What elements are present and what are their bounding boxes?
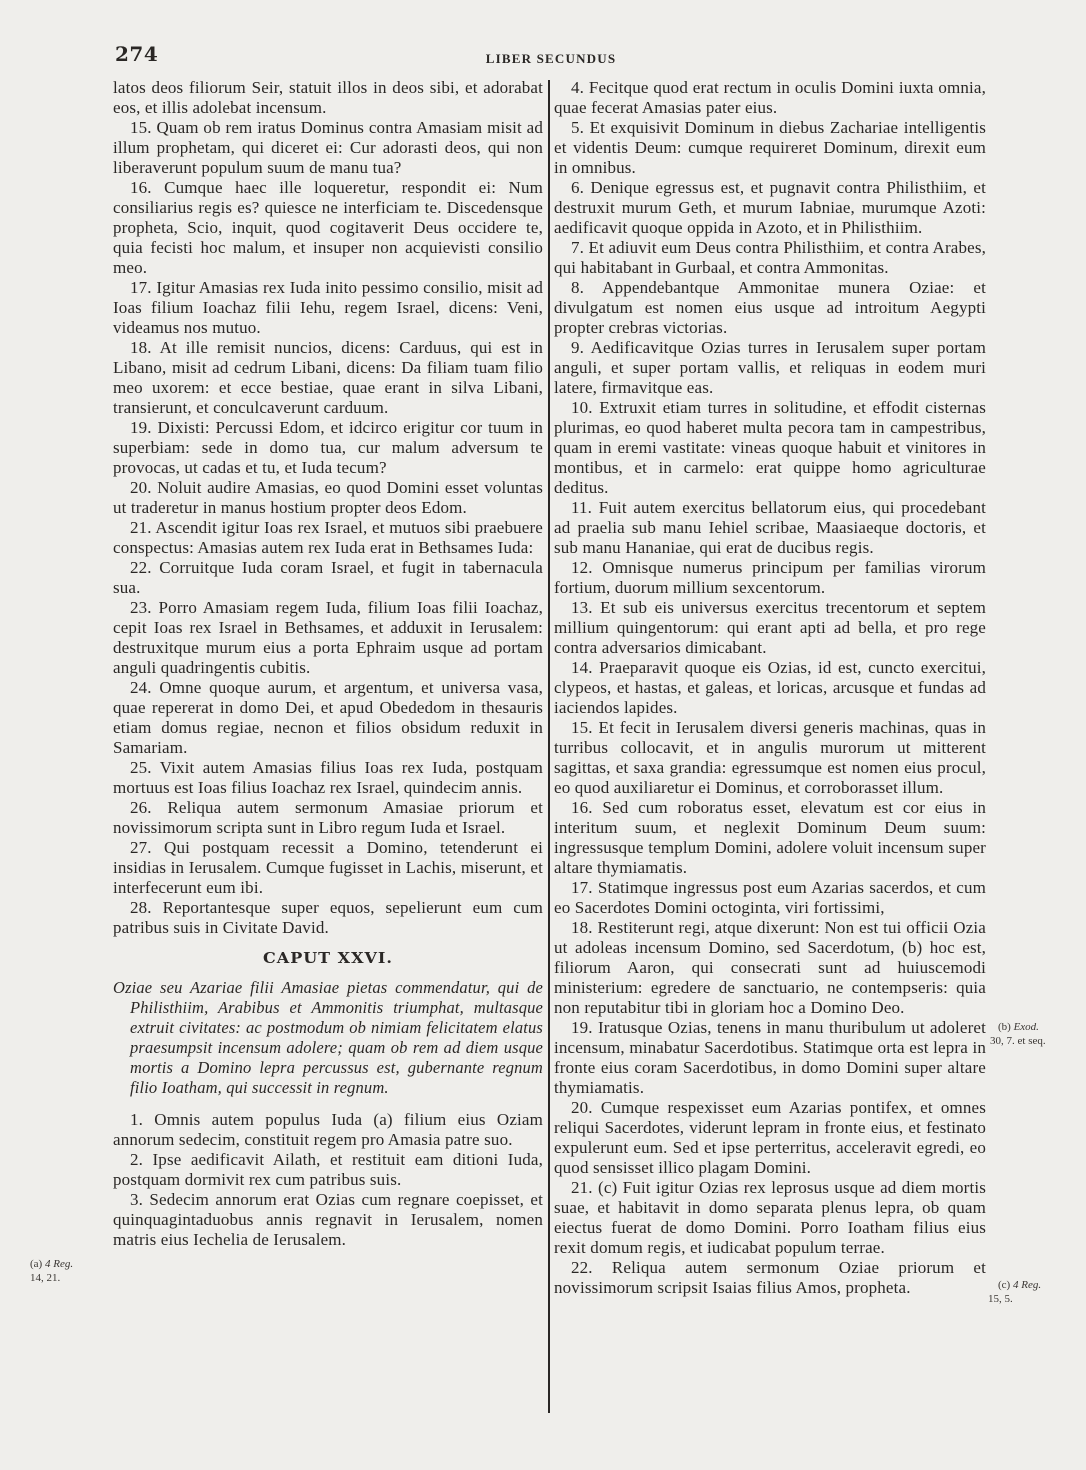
- marginal-note-a: (a) 4 Reg. 14, 21.: [30, 1257, 73, 1285]
- verse: 21. Ascendit igitur Ioas rex Israel, et …: [113, 518, 543, 558]
- running-title: LIBER SECUNDUS: [0, 51, 1086, 67]
- verse: 9. Aedificavitque Ozias turres in Ierusa…: [554, 338, 986, 398]
- note-mark: (c): [998, 1279, 1010, 1291]
- verse: 16. Sed cum roboratus esset, elevatum es…: [554, 798, 986, 878]
- chapter-title: CAPUT XXVI.: [113, 949, 543, 968]
- note-mark: (b): [998, 1021, 1011, 1033]
- verse: 24. Omne quoque aurum, et argentum, et u…: [113, 678, 543, 758]
- left-column: latos deos filiorum Seir, statuit illos …: [113, 78, 543, 1250]
- verse: 18. Restiterunt regi, atque dixerunt: No…: [554, 918, 986, 1018]
- verse: 4. Fecitque quod erat rectum in oculis D…: [554, 78, 986, 118]
- column-divider: [548, 80, 550, 1413]
- verse: 5. Et exquisivit Dominum in diebus Zacha…: [554, 118, 986, 178]
- verse: 16. Cumque haec ille loqueretur, respond…: [113, 178, 543, 278]
- verse: 1. Omnis autem populus Iuda (a) filium e…: [113, 1110, 543, 1150]
- verse: 21. (c) Fuit igitur Ozias rex leprosus u…: [554, 1178, 986, 1258]
- verse: 22. Corruitque Iuda coram Israel, et fug…: [113, 558, 543, 598]
- verse: 2. Ipse aedificavit Ailath, et restituit…: [113, 1150, 543, 1190]
- verse: 22. Reliqua autem sermonum Oziae priorum…: [554, 1258, 986, 1298]
- verse: 8. Appendebantque Ammonitae munera Oziae…: [554, 278, 986, 338]
- note-ref: 4 Reg.: [1013, 1279, 1041, 1291]
- verse: 19. Dixisti: Percussi Edom, et idcirco e…: [113, 418, 543, 478]
- verse-continuation: latos deos filiorum Seir, statuit illos …: [113, 78, 543, 118]
- verse: 12. Omnisque numerus principum per famil…: [554, 558, 986, 598]
- verse: 6. Denique egressus est, et pugnavit con…: [554, 178, 986, 238]
- note-ref: 4 Reg.: [45, 1258, 73, 1270]
- note-mark: (a): [30, 1258, 42, 1270]
- verse: 7. Et adiuvit eum Deus contra Philisthii…: [554, 238, 986, 278]
- verse-list: 1. Omnis autem populus Iuda (a) filium e…: [113, 1110, 543, 1250]
- verse: 19. Iratusque Ozias, tenens in manu thur…: [554, 1018, 986, 1098]
- note-ref: Exod.: [1014, 1021, 1039, 1033]
- verse: 15. Et fecit in Ierusalem diversi generi…: [554, 718, 986, 798]
- verse: 20. Cumque respexisset eum Azarias ponti…: [554, 1098, 986, 1178]
- verse: 15. Quam ob rem iratus Dominus contra Am…: [113, 118, 543, 178]
- right-column: 4. Fecitque quod erat rectum in oculis D…: [554, 78, 986, 1298]
- verse: 17. Igitur Amasias rex Iuda inito pessim…: [113, 278, 543, 338]
- verse: 27. Qui postquam recessit a Domino, tete…: [113, 838, 543, 898]
- verse: 14. Praeparavit quoque eis Ozias, id est…: [554, 658, 986, 718]
- verse: 25. Vixit autem Amasias filius Ioas rex …: [113, 758, 543, 798]
- note-loc: 15, 5.: [988, 1292, 1041, 1306]
- marginal-note-b: (b) Exod. 30, 7. et seq.: [998, 1020, 1046, 1048]
- verse: 3. Sedecim annorum erat Ozias cum regnar…: [113, 1190, 543, 1250]
- verse-list: 15. Quam ob rem iratus Dominus contra Am…: [113, 118, 543, 938]
- verse: 13. Et sub eis universus exercitus trece…: [554, 598, 986, 658]
- verse: 28. Reportantesque super equos, sepelier…: [113, 898, 543, 938]
- marginal-note-c: (c) 4 Reg. 15, 5.: [998, 1278, 1041, 1306]
- verse-list: 4. Fecitque quod erat rectum in oculis D…: [554, 78, 986, 1298]
- verse: 17. Statimque ingressus post eum Azarias…: [554, 878, 986, 918]
- verse: 20. Noluit audire Amasias, eo quod Domin…: [113, 478, 543, 518]
- verse: 10. Extruxit etiam turres in solitudine,…: [554, 398, 986, 498]
- verse: 18. At ille remisit nuncios, dicens: Car…: [113, 338, 543, 418]
- verse: 11. Fuit autem exercitus bellatorum eius…: [554, 498, 986, 558]
- chapter-summary: Oziae seu Azariae filii Amasiae pietas c…: [113, 978, 543, 1098]
- note-loc: 14, 21.: [30, 1271, 73, 1285]
- verse: 23. Porro Amasiam regem Iuda, filium Ioa…: [113, 598, 543, 678]
- verse: 26. Reliqua autem sermonum Amasiae prior…: [113, 798, 543, 838]
- note-loc: 30, 7. et seq.: [990, 1034, 1046, 1048]
